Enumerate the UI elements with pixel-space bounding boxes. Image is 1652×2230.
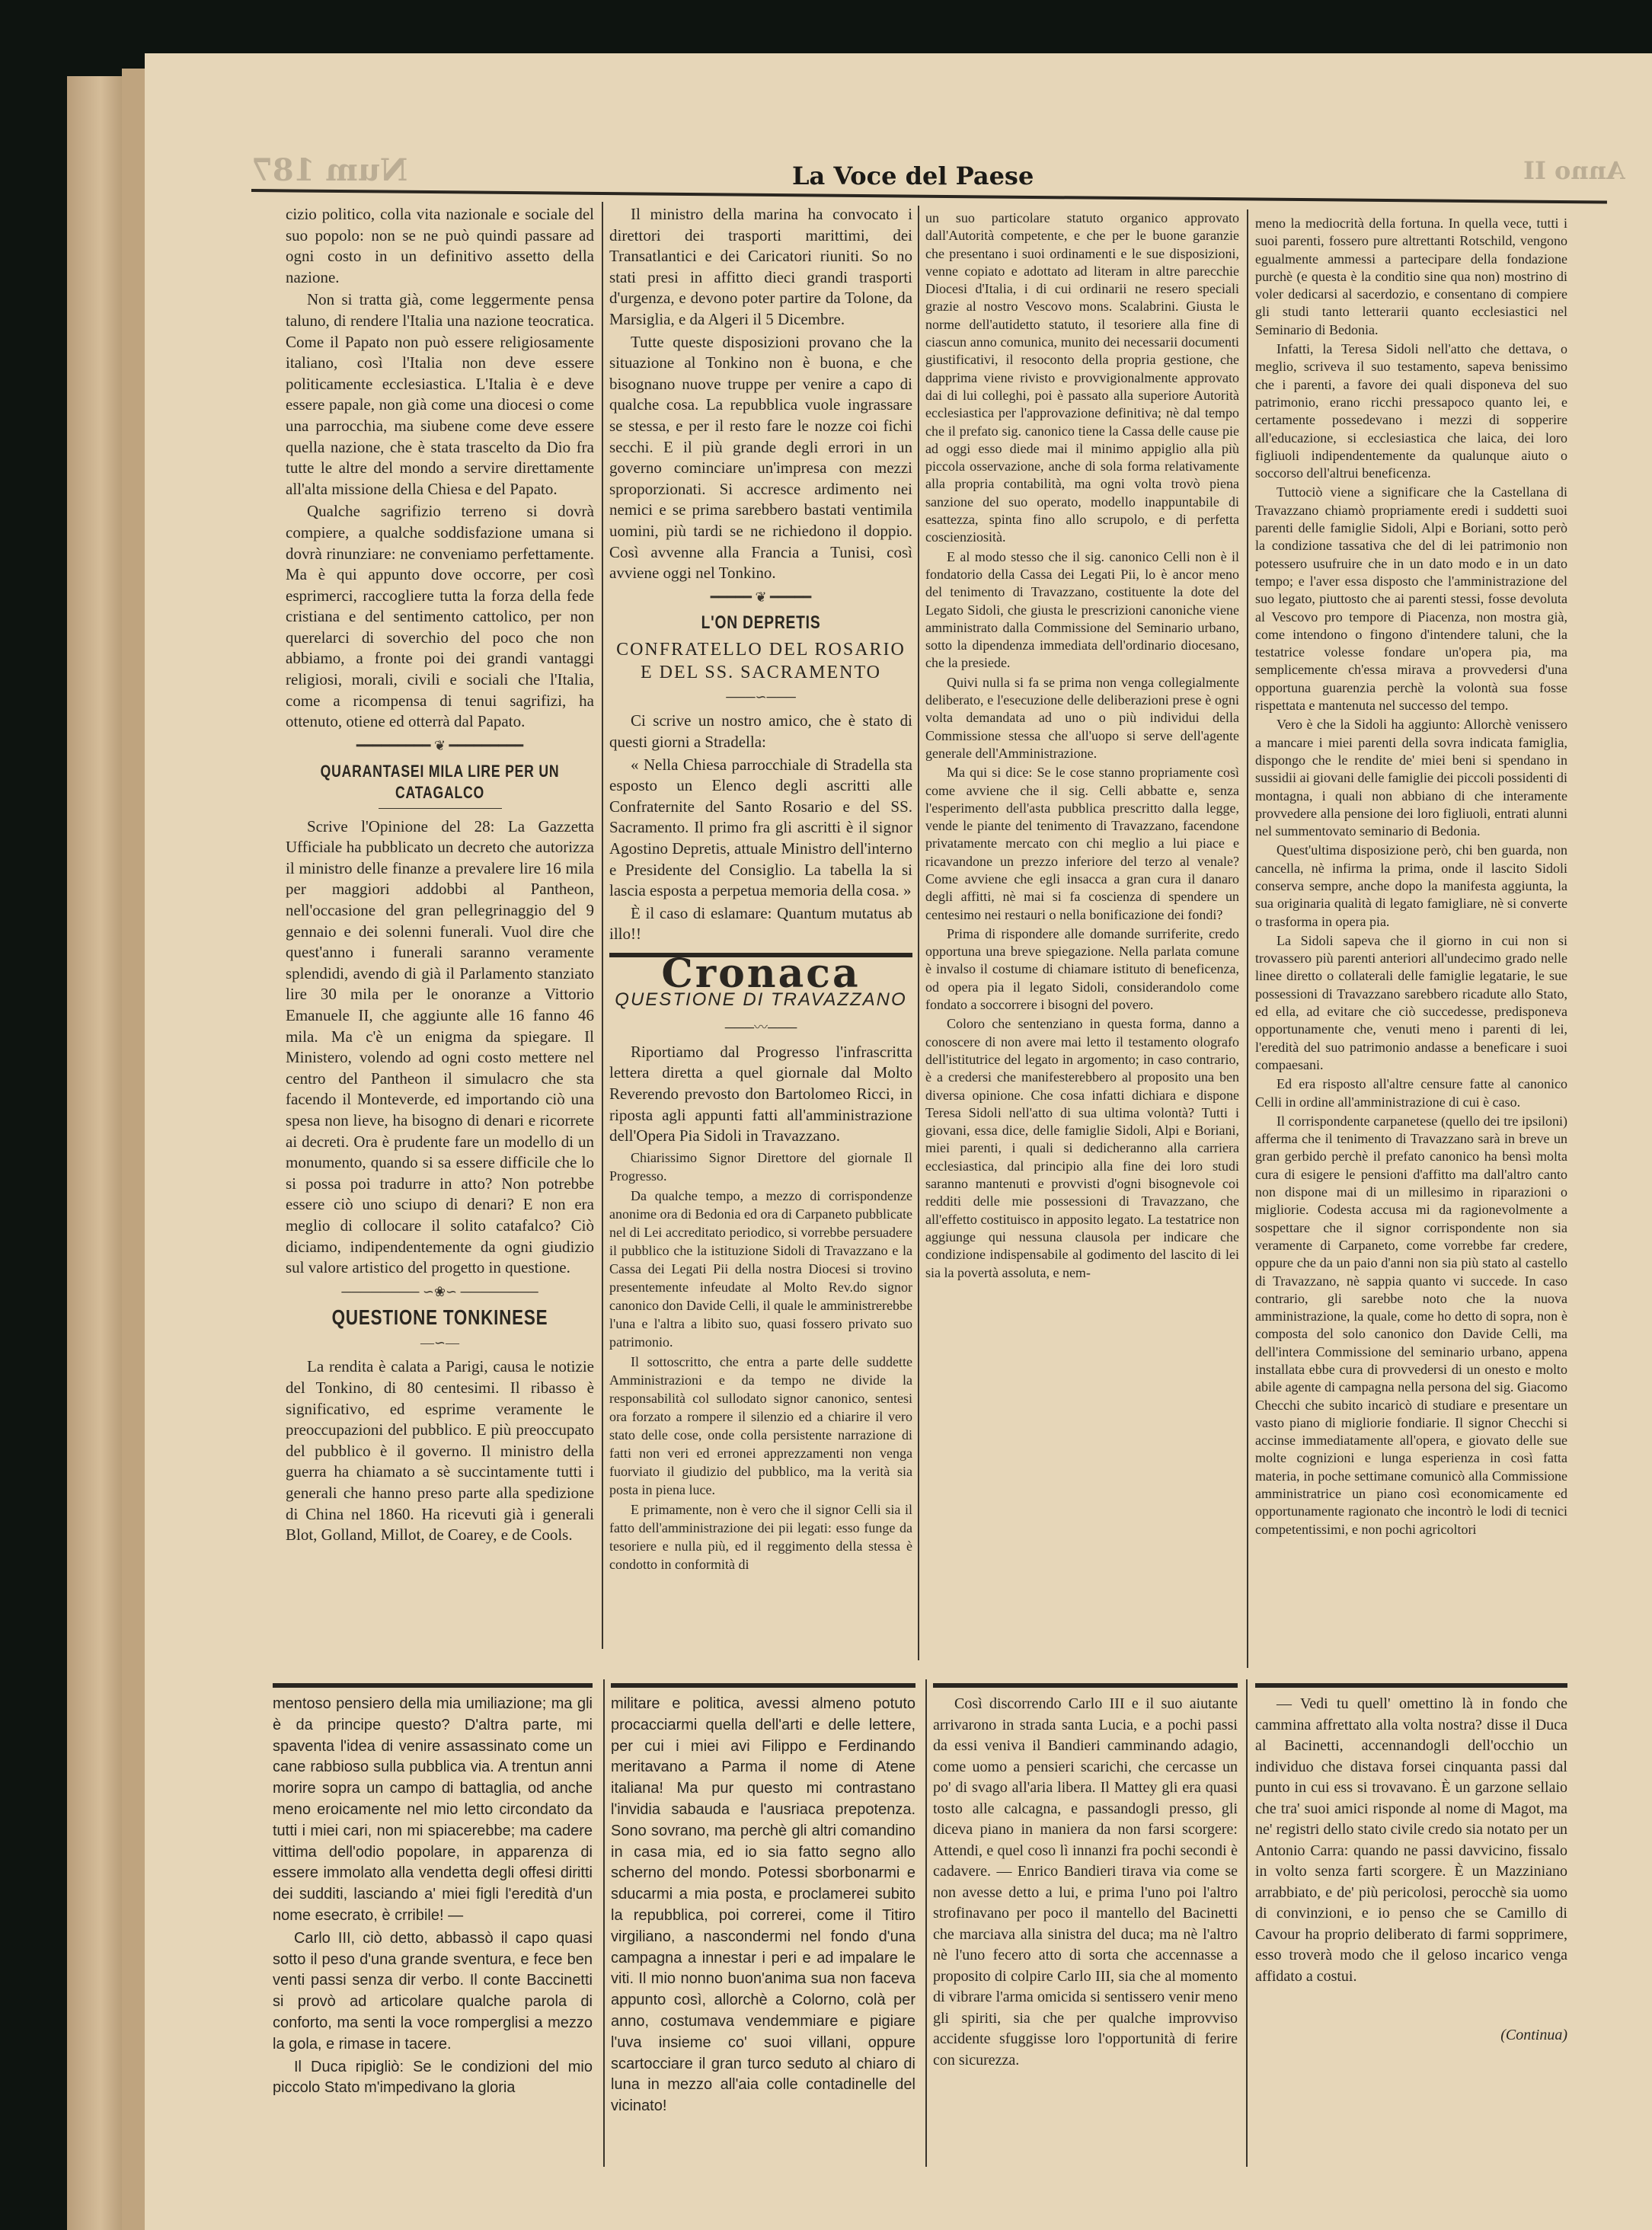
article-paragraph: Vero è che la Sidoli ha aggiunto: Allorc…	[1255, 716, 1567, 840]
book-spine-edge	[122, 69, 145, 2230]
column-4: meno la mediocrità della fortuna. In que…	[1255, 215, 1567, 1540]
column-divider	[918, 206, 919, 1660]
article-paragraph: E al modo stesso che il sig. canonico Ce…	[925, 548, 1239, 673]
feuilleton-rule	[611, 1683, 915, 1688]
headline-confratello: CONFRATELLO DEL ROSARIO	[609, 638, 912, 661]
article-paragraph: meno la mediocrità della fortuna. In que…	[1255, 215, 1567, 339]
section-title-cronaca: Cronaca	[609, 963, 912, 985]
feuilleton-column-3: Così discorrendo Carlo III e il suo aiut…	[933, 1676, 1238, 2072]
article-paragraph: Quivi nulla si fa se prima non venga col…	[925, 674, 1239, 762]
masthead-title: La Voce del Paese	[792, 161, 1034, 190]
headline-tonkinese: QUESTIONE TONKINESE	[317, 1307, 564, 1328]
headline-depretis: L'ON DEPRETIS	[640, 612, 882, 634]
article-paragraph: Tuttociò viene a significare che la Cast…	[1255, 484, 1567, 714]
article-paragraph: Quest'ultima disposizione però, chi ben …	[1255, 842, 1567, 930]
article-paragraph: Da qualche tempo, a mezzo di corrisponde…	[609, 1187, 912, 1351]
article-paragraph: « Nella Chiesa parrocchiale di Stradella…	[609, 755, 912, 902]
article-paragraph: Prima di rispondere alle domande surrife…	[925, 925, 1239, 1014]
rule	[379, 808, 502, 809]
article-paragraph: La Sidoli sapeva che il giorno in cui no…	[1255, 932, 1567, 1074]
column-divider	[925, 1679, 927, 2167]
feuilleton-paragraph: Il Duca ripigliò: Se le condizioni del m…	[273, 2057, 593, 2100]
article-paragraph: Il corrispondente carpanetese (quello de…	[1255, 1113, 1567, 1538]
article-paragraph: Infatti, la Teresa Sidoli nell'atto che …	[1255, 340, 1567, 482]
feuilleton-column-4: — Vedi tu quell' omettino là in fondo ch…	[1255, 1676, 1567, 2048]
ornament-divider: ━━━━━━━━━ ❦ ━━━━━━━━━	[286, 736, 594, 757]
article-paragraph: Il sottoscritto, che entra a parte delle…	[609, 1353, 912, 1499]
bleed-through-num: Num 187	[251, 152, 407, 188]
feuilleton-column-1: mentoso pensiero della mia umiliazione; …	[273, 1676, 593, 2101]
feuilleton-rule	[273, 1683, 593, 1688]
article-paragraph: Riportiamo dal Progresso l'infrascritta …	[609, 1042, 912, 1147]
article-paragraph: È il caso di eslamare: Quantum mutatus a…	[609, 903, 912, 945]
column-1: cizio politico, colla vita nazionale e s…	[286, 204, 594, 1548]
column-divider	[603, 1679, 605, 2167]
column-2: Il ministro della marina ha convocato i …	[609, 204, 912, 1575]
ornament-divider: ───∽───	[609, 687, 912, 708]
ornament-divider: ━━━━━ ❦ ━━━━━	[609, 587, 912, 609]
article-paragraph: Il ministro della marina ha convocato i …	[609, 204, 912, 331]
article-paragraph: Ci scrive un nostro amico, che è stato d…	[609, 711, 912, 752]
column-divider	[602, 202, 603, 1649]
continua-label: (Continua)	[1255, 2025, 1567, 2046]
feuilleton-paragraph: Carlo III, ciò detto, abbassò il capo qu…	[273, 1928, 593, 2056]
feuilleton-paragraph: mentoso pensiero della mia umiliazione; …	[273, 1694, 593, 1927]
headline-catafalco: QUARANTASEI MILA LIRE PER UN CATAGALCO	[317, 761, 564, 803]
ornament-divider: —∽—	[286, 1333, 594, 1354]
headline-travazzano: QUESTIONE DI TRAVAZZANO	[609, 989, 912, 1011]
article-paragraph: Scrive l'Opinione del 28: La Gazzetta Uf…	[286, 816, 594, 1279]
feuilleton-paragraph: — Vedi tu quell' omettino là in fondo ch…	[1255, 1694, 1567, 1987]
column-divider	[1246, 1679, 1248, 2167]
article-paragraph: Non si tratta già, come leggermente pens…	[286, 289, 594, 500]
article-paragraph: La rendita è calata a Parigi, causa le n…	[286, 1356, 594, 1545]
article-paragraph: Tutte queste disposizioni provano che la…	[609, 332, 912, 584]
ornament-divider: ──────── ∽❀∽ ────────	[286, 1282, 594, 1303]
article-paragraph: cizio politico, colla vita nazionale e s…	[286, 204, 594, 288]
feuilleton-rule	[1255, 1683, 1567, 1688]
article-paragraph: un suo particolare statuto organico appr…	[925, 209, 1239, 547]
letter-salutation: Chiarissimo Signor Direttore del giornal…	[609, 1149, 912, 1185]
feuilleton-rule	[933, 1683, 1238, 1688]
article-paragraph: E primamente, non è vero che il signor C…	[609, 1500, 912, 1573]
column-3: un suo particolare statuto organico appr…	[925, 209, 1239, 1283]
feuilleton-column-2: militare e politica, avessi almeno potut…	[611, 1676, 915, 2119]
bleed-through-anno: Anno II	[1523, 156, 1625, 185]
column-divider	[1247, 209, 1248, 1668]
article-paragraph: Ed era risposto all'altre censure fatte …	[1255, 1075, 1567, 1111]
feuilleton-paragraph: Così discorrendo Carlo III e il suo aiut…	[933, 1694, 1238, 2071]
ornament-divider: ───〰───	[609, 1018, 912, 1039]
article-paragraph: Coloro che sentenziano in questa forma, …	[925, 1015, 1239, 1281]
feuilleton-paragraph: militare e politica, avessi almeno potut…	[611, 1694, 915, 2117]
headline-sacramento: E DEL SS. SACRAMENTO	[609, 661, 912, 684]
article-paragraph: Qualche sagrifizio terreno si dovrà comp…	[286, 501, 594, 733]
article-paragraph: Ma qui si dice: Se le cose stanno propri…	[925, 764, 1239, 924]
